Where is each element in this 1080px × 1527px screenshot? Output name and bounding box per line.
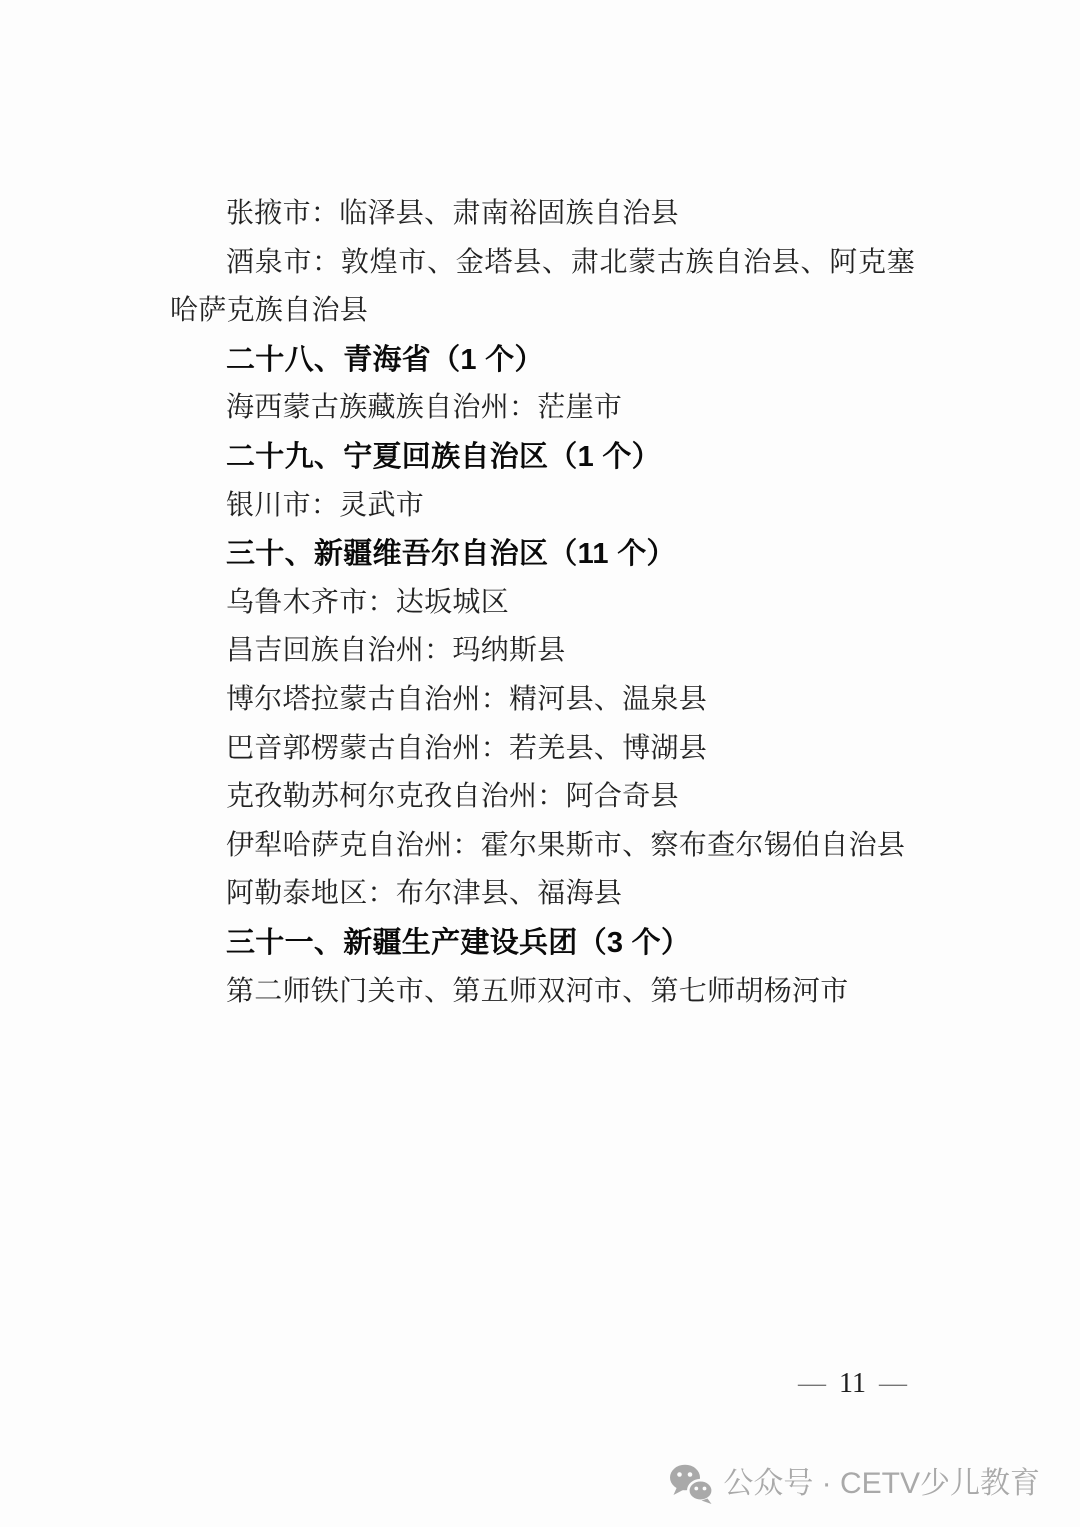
- doc-line: 博尔塔拉蒙古自治州：精河县、温泉县: [170, 676, 915, 725]
- document-page: 张掖市：临泽县、肃南裕固族自治县酒泉市：敦煌市、金塔县、肃北蒙古族自治县、阿克塞…: [0, 0, 1080, 1527]
- doc-line: 克孜勒苏柯尔克孜自治州：阿合奇县: [170, 773, 915, 822]
- section-heading: 二十八、青海省（1 个）: [170, 336, 915, 385]
- doc-line: 伊犁哈萨克自治州：霍尔果斯市、察布查尔锡伯自治县: [170, 822, 915, 871]
- section-heading: 三十、新疆维吾尔自治区（11 个）: [170, 530, 915, 579]
- section-heading: 三十一、新疆生产建设兵团（3 个）: [170, 919, 915, 968]
- wechat-watermark: 公众号 · CETV少儿教育: [668, 1462, 1040, 1506]
- page-number-dash-left: —: [785, 1368, 839, 1399]
- section-heading: 二十九、宁夏回族自治区（1 个）: [170, 433, 915, 482]
- document-body: 张掖市：临泽县、肃南裕固族自治县酒泉市：敦煌市、金塔县、肃北蒙古族自治县、阿克塞…: [170, 190, 915, 1016]
- doc-line: 昌吉回族自治州：玛纳斯县: [170, 627, 915, 676]
- page-number-value: 11: [839, 1368, 866, 1399]
- doc-line: 酒泉市：敦煌市、金塔县、肃北蒙古族自治县、阿克塞: [170, 239, 915, 288]
- doc-line: 第二师铁门关市、第五师双河市、第七师胡杨河市: [170, 968, 915, 1017]
- wechat-icon: [668, 1463, 714, 1505]
- doc-line: 哈萨克族自治县: [170, 287, 915, 336]
- doc-line: 乌鲁木齐市：达坂城区: [170, 579, 915, 628]
- doc-line: 巴音郭楞蒙古自治州：若羌县、博湖县: [170, 725, 915, 774]
- doc-line: 张掖市：临泽县、肃南裕固族自治县: [170, 190, 915, 239]
- doc-line: 阿勒泰地区：布尔津县、福海县: [170, 870, 915, 919]
- doc-line: 银川市：灵武市: [170, 482, 915, 531]
- doc-line: 海西蒙古族藏族自治州：茫崖市: [170, 384, 915, 433]
- wechat-watermark-text: 公众号 · CETV少儿教育: [723, 1462, 1040, 1506]
- page-number: —11—: [785, 1363, 920, 1405]
- page-number-dash-right: —: [866, 1368, 920, 1399]
